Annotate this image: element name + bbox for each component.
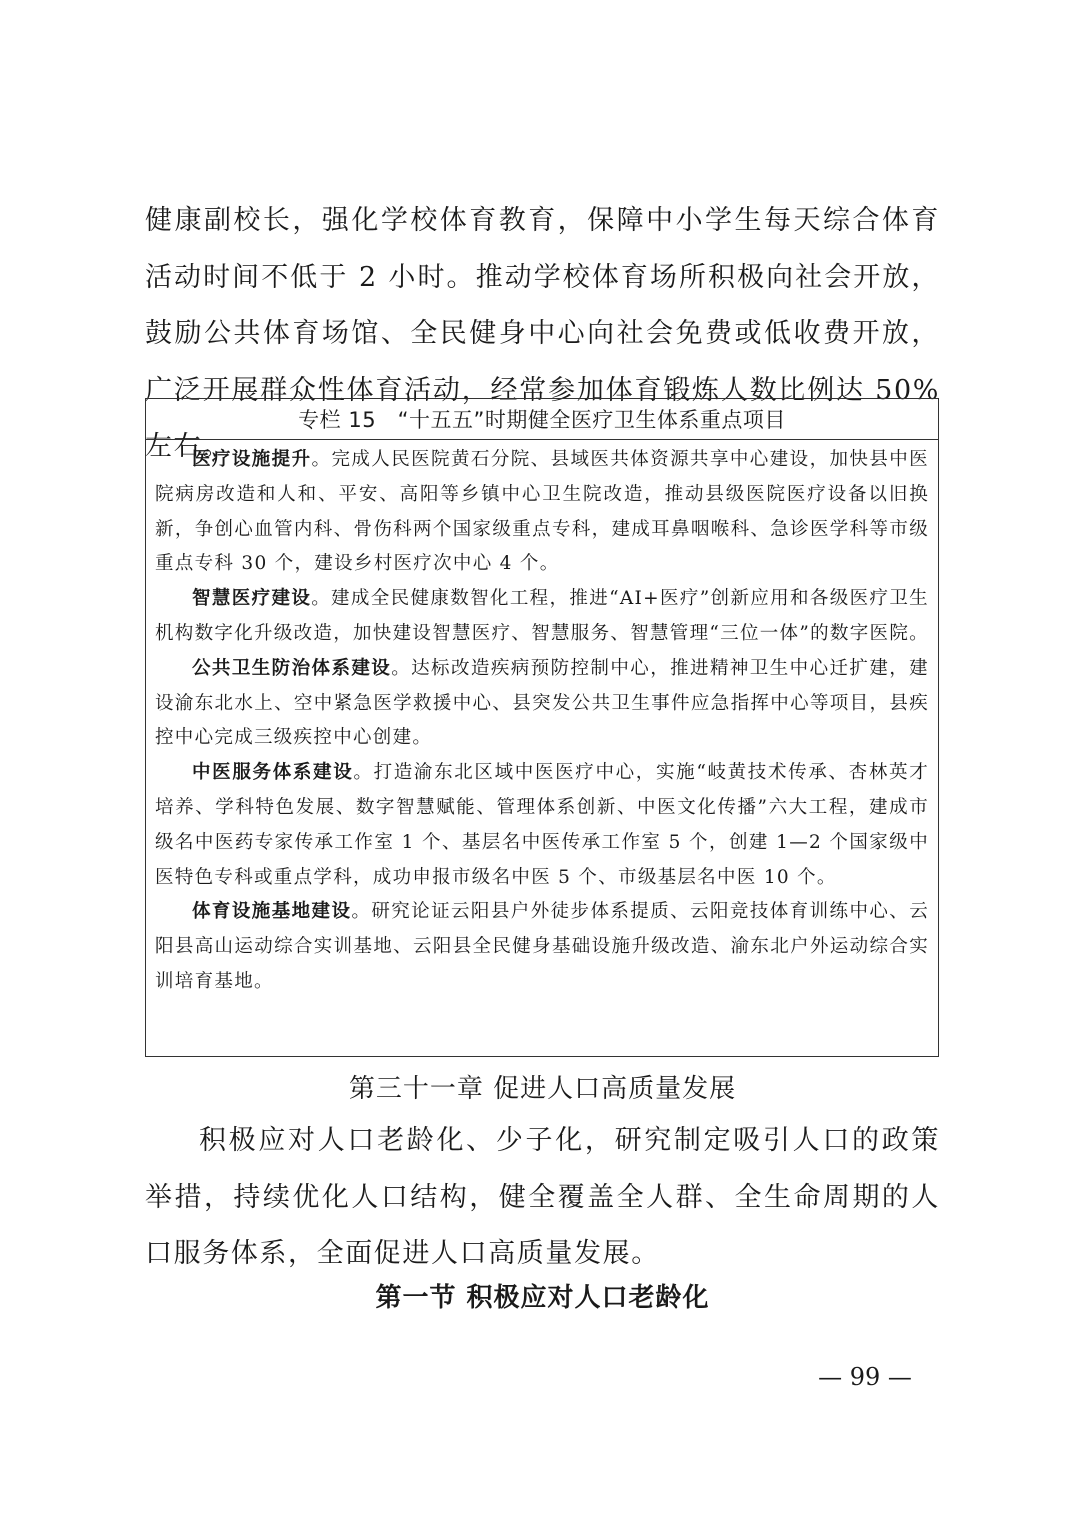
box-item-smart-medical: 智慧医疗建设。建成全民健康数智化工程，推进“AI+医疗”创新应用和各级医疗卫生机… (155, 582, 929, 652)
item-lead: 智慧医疗建设 (192, 588, 311, 609)
box-item-medical-facilities: 医疗设施提升。完成人民医院黄石分院、县域医共体资源共享中心建设，加快县中医院病房… (155, 443, 929, 582)
box-item-sports-facilities: 体育设施基地建设。研究论证云阳县户外徒步体系提质、云阳竞技体育训练中心、云阳县高… (155, 895, 929, 999)
chapter-title: 第三十一章 促进人口高质量发展 (145, 1067, 940, 1111)
item-lead: 中医服务体系建设 (192, 762, 353, 783)
page-number: — 99 — (800, 1362, 930, 1392)
box-title: 专栏 15 “十五五”时期健全医疗卫生体系重点项目 (146, 399, 938, 440)
feature-box: 专栏 15 “十五五”时期健全医疗卫生体系重点项目 医疗设施提升。完成人民医院黄… (145, 398, 939, 1057)
item-lead: 体育设施基地建设 (192, 901, 351, 922)
box-item-tcm-service: 中医服务体系建设。打造渝东北区域中医医疗中心，实施“岐黄技术传承、杏林英才培养、… (155, 756, 929, 895)
section-title: 第一节 积极应对人口老龄化 (145, 1276, 940, 1320)
paragraph-text: 积极应对人口老龄化、少子化，研究制定吸引人口的政策举措，持续优化人口结构，健全覆… (145, 1113, 940, 1283)
document-page: 健康副校长，强化学校体育教育，保障中小学生每天综合体育活动时间不低于 2 小时。… (0, 0, 1074, 1520)
paragraph-chapter-intro: 积极应对人口老龄化、少子化，研究制定吸引人口的政策举措，持续优化人口结构，健全覆… (145, 1113, 940, 1283)
item-lead: 医疗设施提升 (192, 449, 312, 470)
box-body: 医疗设施提升。完成人民医院黄石分院、县域医共体资源共享中心建设，加快县中医院病房… (146, 440, 938, 1000)
box-item-public-health: 公共卫生防治体系建设。达标改造疾病预防控制中心，推进精神卫生中心迁扩建，建设渝东… (155, 652, 929, 756)
item-lead: 公共卫生防治体系建设 (192, 658, 391, 679)
